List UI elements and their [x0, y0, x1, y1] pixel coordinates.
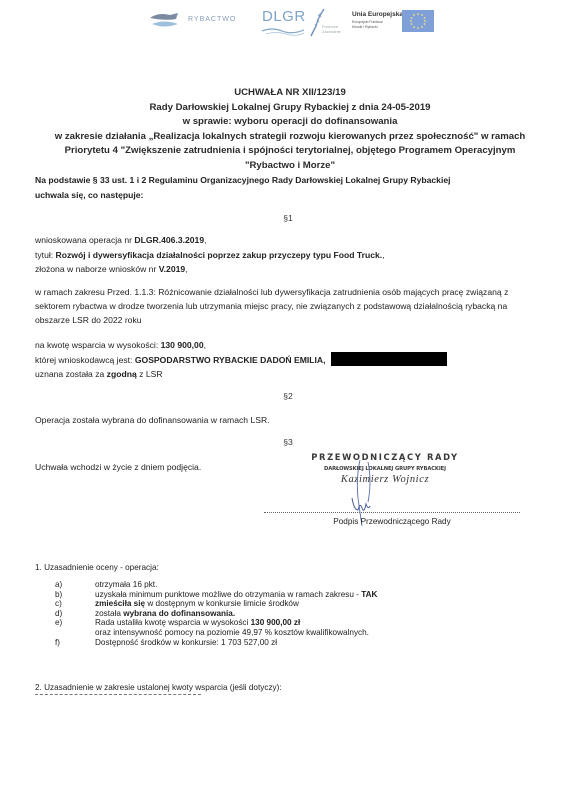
resolution-council-date: Rady Darłowskiej Lokalnej Grupy Rybackie…	[20, 101, 560, 116]
conformity-label: uznana została za	[35, 369, 107, 379]
intro-paragraph: Na podstawie § 33 ust. 1 i 2 Regulaminu …	[35, 173, 451, 202]
list-letter: a)	[55, 580, 95, 590]
punct: ,	[204, 340, 206, 350]
list-text: Rada ustaliła kwotę wsparcia w wysokości…	[95, 618, 300, 628]
list-item: d)została wybrana do dofinansowania.	[55, 609, 377, 619]
list-item: c)zmieściła się w dostępnym w konkursie …	[55, 599, 377, 609]
redaction-block	[331, 352, 447, 366]
resolution-subject: w sprawie: wyboru operacji do dofinansow…	[20, 115, 560, 130]
list-text: uzyskała minimum punktowe możliwe do otr…	[95, 590, 377, 600]
fish-boat-icon	[148, 12, 186, 30]
list-letter	[55, 628, 95, 638]
section-1-amount: na kwotę wsparcia w wysokości: 130 900,0…	[35, 338, 326, 382]
text-bold: wybrana do dofinansowania.	[123, 609, 235, 618]
conformity-value: zgodną	[107, 369, 137, 379]
dashed-line	[35, 694, 201, 695]
list-letter: e)	[55, 618, 95, 628]
operation-call-label: złożona w naborze wniosków nr	[35, 264, 159, 274]
scope-line-3: obszarze LSR do 2022 roku	[35, 313, 508, 327]
text: otrzymała 16 pkt.	[95, 580, 157, 589]
amount-label: na kwotę wsparcia w wysokości:	[35, 340, 161, 350]
text: Rada ustaliła kwotę wsparcia w wysokości	[95, 618, 251, 627]
logo-dlgr: DLGR	[260, 8, 306, 36]
text: oraz intensywność pomocy na poziomie 49,…	[95, 628, 369, 637]
operation-title: Rozwój i dywersyfikacja działalności pop…	[56, 250, 383, 260]
logo-ue-title: Unia Europejska	[352, 11, 403, 18]
signature-label: Podpis Przewodniczącego Rady	[264, 517, 520, 526]
list-item: b)uzyskała minimum punktowe możliwe do o…	[55, 590, 377, 600]
operation-call-line: złożona w naborze wniosków nr V.2019,	[35, 262, 385, 277]
header-logos: RYBACTWO DLGR Pomorze Zachodnie Unia Eur…	[148, 6, 438, 38]
scope-line-1: w ramach zakresu Przed. 1.1.3: Różnicowa…	[35, 285, 508, 299]
section-3-text: Uchwała wchodzi w życie z dniem podjęcia…	[35, 460, 201, 475]
punct: ,	[382, 250, 384, 260]
scope-line-2: sektorem rybactwa w drodze tworzenia lub…	[35, 299, 508, 313]
applicant-name: GOSPODARSTWO RYBACKIE DADOŃ EMILIA,	[135, 355, 326, 365]
list-letter: c)	[55, 599, 95, 609]
intro-line-2: uchwala się, co następuje:	[35, 188, 451, 203]
list-text: Dostępność środków w konkursie: 1 703 52…	[95, 638, 277, 648]
resolution-scope: w zakresie działania „Realizacja lokalny…	[20, 130, 560, 145]
operation-title-line: tytuł: Rozwój i dywersyfikacja działalno…	[35, 248, 385, 263]
text-bold: zmieściła się	[95, 599, 145, 608]
wave-icon	[260, 26, 306, 36]
text: uzyskała minimum punktowe możliwe do otr…	[95, 590, 361, 599]
resolution-priority: Priorytetu 4 "Zwiększenie zatrudnienia i…	[20, 144, 560, 159]
section-3-heading: §3	[0, 437, 576, 447]
signature-line	[264, 512, 520, 513]
operation-number: DLGR.406.3.2019	[134, 235, 204, 245]
logo-pomorze-text: Pomorze Zachodnie	[322, 24, 352, 34]
list-item: oraz intensywność pomocy na poziomie 49,…	[55, 628, 377, 638]
section-2-text: Operacja została wybrana do dofinansowan…	[35, 413, 270, 428]
list-item: f)Dostępność środków w konkursie: 1 703 …	[55, 638, 377, 648]
amount-line: na kwotę wsparcia w wysokości: 130 900,0…	[35, 338, 326, 353]
list-letter: f)	[55, 638, 95, 648]
logo-pomorze-zachodnie: Pomorze Zachodnie	[308, 8, 348, 38]
logo-rybactwo: RYBACTWO	[148, 12, 258, 32]
text: w dostępnym w konkursie limicie środków	[145, 599, 299, 608]
logo-ue-subtitle: Europejski Fundusz Morski i Rybacki	[352, 20, 392, 29]
resolution-title: UCHWAŁA NR XII/123/19 Rady Darłowskiej L…	[20, 86, 560, 174]
justification-heading: 1. Uzasadnienie oceny - operacja:	[35, 561, 159, 576]
eu-flag-icon	[402, 10, 434, 32]
operation-title-label: tytuł:	[35, 250, 56, 260]
punct: ,	[185, 264, 187, 274]
justification-list: a)otrzymała 16 pkt. b)uzyskała minimum p…	[55, 580, 377, 647]
text: została	[95, 609, 123, 618]
logo-unia-europejska: Unia Europejska Europejski Fundusz Morsk…	[352, 10, 438, 36]
logo-dlgr-text: DLGR	[262, 8, 306, 25]
section-1-operation: wnioskowana operacja nr DLGR.406.3.2019,…	[35, 233, 385, 277]
operation-call-number: V.2019	[159, 264, 185, 274]
list-item: e)Rada ustaliła kwotę wsparcia w wysokoś…	[55, 618, 377, 628]
list-letter: b)	[55, 590, 95, 600]
list-text: zmieściła się w dostępnym w konkursie li…	[95, 599, 299, 609]
list-text: została wybrana do dofinansowania.	[95, 609, 235, 619]
text: Dostępność środków w konkursie: 1 703 52…	[95, 638, 277, 647]
text-bold: TAK	[361, 590, 377, 599]
list-text: oraz intensywność pomocy na poziomie 49,…	[95, 628, 369, 638]
operation-number-line: wnioskowana operacja nr DLGR.406.3.2019,	[35, 233, 385, 248]
conformity-line: uznana została za zgodną z LSR	[35, 367, 326, 382]
logo-rybactwo-text: RYBACTWO	[188, 16, 236, 23]
resolution-number: UCHWAŁA NR XII/123/19	[20, 86, 560, 101]
section-1-heading: §1	[0, 213, 576, 223]
section-2-heading: §2	[0, 391, 576, 401]
operation-number-label: wnioskowana operacja nr	[35, 235, 134, 245]
conformity-suffix: z LSR	[137, 369, 163, 379]
text-bold: 130 900,00 zł	[251, 618, 301, 627]
list-item: a)otrzymała 16 pkt.	[55, 580, 377, 590]
applicant-label: której wnioskodawcą jest:	[35, 355, 135, 365]
intro-line-1: Na podstawie § 33 ust. 1 i 2 Regulaminu …	[35, 173, 451, 188]
resolution-program: "Rybactwo i Morze"	[20, 159, 560, 174]
list-text: otrzymała 16 pkt.	[95, 580, 157, 590]
punct: ,	[204, 235, 206, 245]
applicant-line: której wnioskodawcą jest: GOSPODARSTWO R…	[35, 353, 326, 368]
section-1-scope: w ramach zakresu Przed. 1.1.3: Różnicowa…	[35, 285, 508, 327]
amount-value: 130 900,00	[161, 340, 204, 350]
list-letter: d)	[55, 609, 95, 619]
